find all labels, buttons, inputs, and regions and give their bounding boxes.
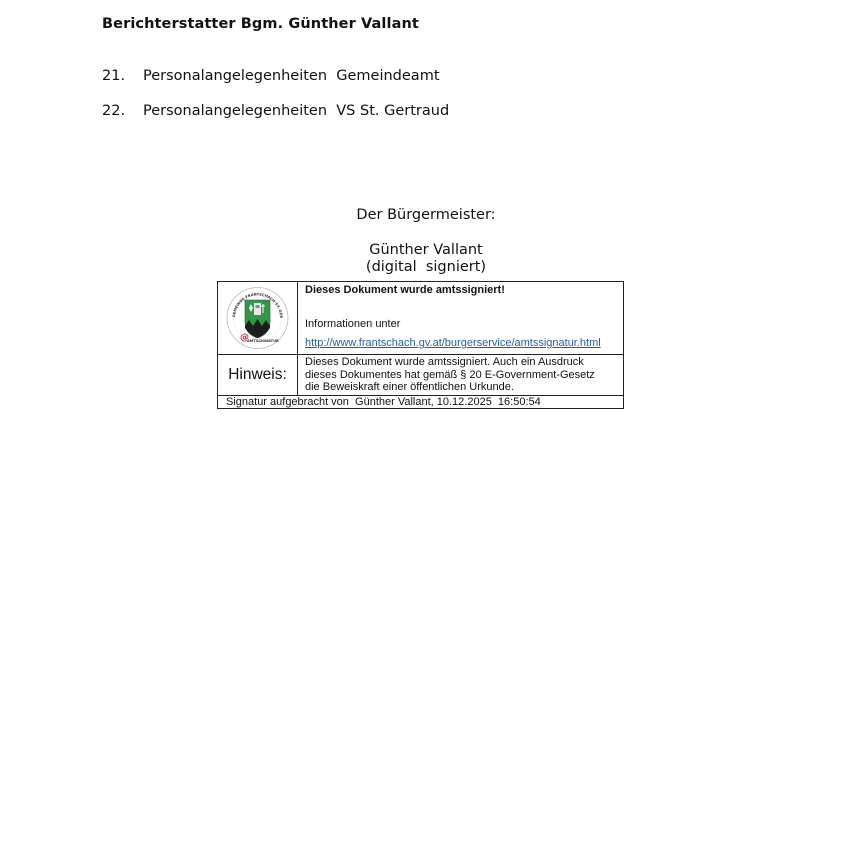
notice-line: Dieses Dokument wurde amtssigniert. Auch… [305,356,623,369]
agenda-item-title: Personalangelegenheiten Gemeindeamt [143,68,440,84]
official-seal-icon: MARKTGEMEINDE FRANTSCHACH-ST. GERTRAUD @… [226,286,289,350]
agenda-item-title: Personalangelegenheiten VS St. Gertraud [143,103,449,119]
signer-role: Der Bürgermeister: [300,207,552,223]
info-label: Informationen unter [305,318,400,330]
reporter-heading: Berichterstatter Bgm. Günther Vallant [102,16,419,32]
seal-cell: MARKTGEMEINDE FRANTSCHACH-ST. GERTRAUD @… [218,282,298,354]
amtssignatur-info-link[interactable]: http://www.frantschach.gv.at/burgerservi… [305,337,601,349]
signer-name: Günther Vallant [300,242,552,258]
agenda-item-number: 21. [102,68,143,84]
signature-table: MARKTGEMEINDE FRANTSCHACH-ST. GERTRAUD @… [217,281,624,409]
signer-note: (digital signiert) [300,259,552,275]
signature-status-title: Dieses Dokument wurde amtssigniert! [305,284,505,296]
notice-label: Hinweis: [218,355,298,395]
agenda-item: 22.Personalangelegenheiten VS St. Gertra… [102,103,449,119]
agenda-item: 21.Personalangelegenheiten Gemeindeamt [102,68,440,84]
notice-text: Dieses Dokument wurde amtssigniert. Auch… [298,355,623,395]
svg-text:AMTSSIGNATUR: AMTSSIGNATUR [247,339,279,343]
notice-line: die Beweiskraft einer öffentlichen Urkun… [305,381,623,394]
signature-row-info: MARKTGEMEINDE FRANTSCHACH-ST. GERTRAUD @… [218,282,623,355]
signature-info-cell: Dieses Dokument wurde amtssigniert! Info… [298,282,623,354]
notice-line: dieses Dokumentes hat gemäß § 20 E-Gover… [305,369,623,382]
signature-applied-line: Signatur aufgebracht von Günther Vallant… [218,396,623,408]
signature-row-notice: Hinweis: Dieses Dokument wurde amtssigni… [218,355,623,396]
agenda-item-number: 22. [102,103,143,119]
